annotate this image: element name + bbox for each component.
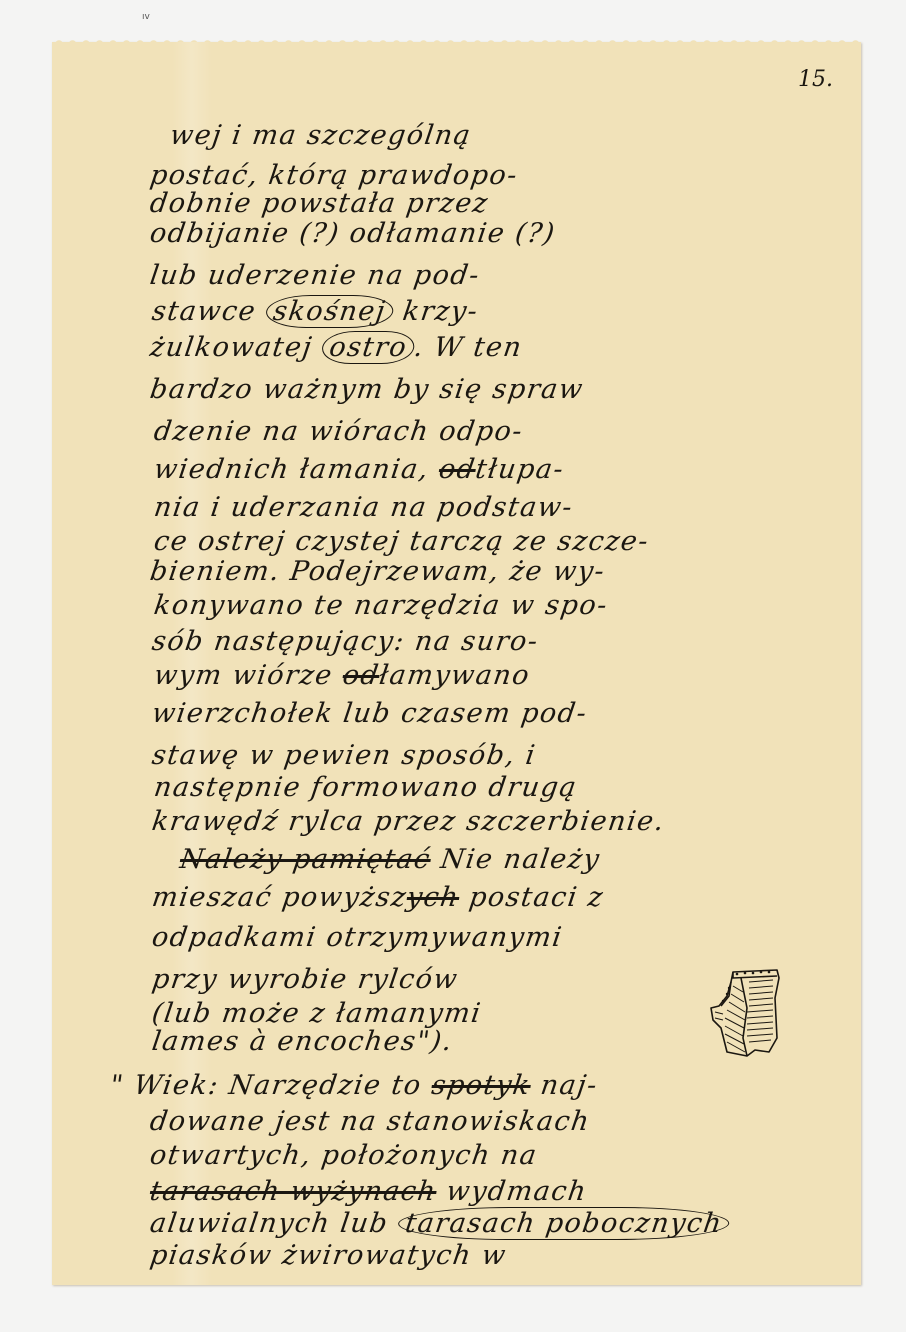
line-text: otwartych, położonych na xyxy=(148,1140,540,1171)
handwritten-line: lames à encoches"). xyxy=(150,1026,455,1057)
handwritten-line: piasków żwirowatych w xyxy=(148,1240,509,1271)
line-text: Nie należy xyxy=(429,844,603,875)
handwritten-line: Należy pamiętać Nie należy xyxy=(178,844,602,875)
handwritten-line: sób następujący: na suro- xyxy=(150,626,541,657)
struck-through-text: ych xyxy=(405,882,462,913)
line-text: odbijanie (?) odłamanie (?) xyxy=(148,218,558,249)
line-text: piasków żwirowatych w xyxy=(148,1240,509,1271)
line-text: ce ostrej czystej tarczą ze szcze- xyxy=(152,526,651,557)
struck-through-text: spotyk xyxy=(430,1070,533,1101)
handwritten-line: wej i ma szczególną xyxy=(168,120,473,151)
handwritten-line: żulkowatej ostro. W ten xyxy=(148,332,525,363)
handwritten-line: bardzo ważnym by się spraw xyxy=(148,374,586,405)
handwritten-line: lub uderzenie na pod- xyxy=(148,260,482,291)
line-text: następnie formowano drugą xyxy=(152,772,579,803)
circled-insertion: skośnej xyxy=(264,295,395,328)
handwritten-line: postać, którą prawdopo- xyxy=(148,160,520,191)
handwritten-line: nia i uderzania na podstaw- xyxy=(152,492,575,523)
handwritten-line: konywano te narzędzia w spo- xyxy=(152,590,610,621)
line-text: wej i ma szczególną xyxy=(168,120,473,151)
line-text: aluwialnych lub xyxy=(148,1208,401,1239)
circled-insertion: tarasach pobocznych xyxy=(396,1207,732,1240)
handwritten-line: dobnie powstała przez xyxy=(148,188,491,219)
line-text: dzenie na wiórach odpo- xyxy=(152,416,525,447)
line-text: odpadkami otrzymywanymi xyxy=(150,922,565,953)
page-number: 15. xyxy=(798,67,833,92)
handwritten-line: krawędź rylca przez szczerbienie. xyxy=(150,806,667,837)
handwritten-line: otwartych, położonych na xyxy=(148,1140,540,1171)
handwritten-line: stawce skośnej krzy- xyxy=(150,296,480,327)
line-text: lub uderzenie na pod- xyxy=(148,260,482,291)
line-text: krzy- xyxy=(391,296,481,327)
handwritten-line: aluwialnych lub tarasach pobocznych xyxy=(148,1208,732,1239)
line-text: dowane jest na stanowiskach xyxy=(148,1106,592,1137)
flint-tool-sketch-icon xyxy=(707,968,783,1060)
handwritten-line: dowane jest na stanowiskach xyxy=(148,1106,592,1137)
handwritten-line: ce ostrej czystej tarczą ze szcze- xyxy=(152,526,651,557)
handwritten-line: wiednich łamania, odtłupa- xyxy=(152,454,566,485)
handwritten-line: odbijanie (?) odłamanie (?) xyxy=(148,218,558,249)
handwritten-line: " Wiek: Narzędzie to spotyk naj- xyxy=(108,1070,600,1101)
line-text: łamywano xyxy=(377,660,532,691)
line-text: stawce xyxy=(150,296,268,327)
line-text: postać, którą prawdopo- xyxy=(148,160,520,191)
struck-through-text: Należy pamiętać xyxy=(178,844,433,875)
handwritten-line: przy wyrobie rylców xyxy=(150,964,460,995)
line-text: lames à encoches"). xyxy=(150,1026,455,1057)
manuscript-page: 15. wej i ma szczególnąpostać, którą pra… xyxy=(52,42,861,1285)
line-text: postaci z xyxy=(457,882,606,913)
line-text: wierzchołek lub czasem pod- xyxy=(150,698,589,729)
handwritten-line: stawę w pewien sposób, i xyxy=(150,740,538,771)
handwritten-line: wierzchołek lub czasem pod- xyxy=(150,698,589,729)
line-text: wiednich łamania, xyxy=(152,454,441,485)
handwritten-line: mieszać powyższych postaci z xyxy=(150,882,606,913)
line-text: bieniem. Podejrzewam, że wy- xyxy=(148,556,607,587)
line-text: krawędź rylca przez szczerbienie. xyxy=(150,806,667,837)
handwritten-line: następnie formowano drugą xyxy=(152,772,579,803)
line-text: stawę w pewien sposób, i xyxy=(150,740,538,771)
handwritten-line: bieniem. Podejrzewam, że wy- xyxy=(148,556,607,587)
circled-insertion: ostro xyxy=(320,331,416,364)
line-text: przy wyrobie rylców xyxy=(150,964,460,995)
line-text: nia i uderzania na podstaw- xyxy=(152,492,575,523)
struck-through-text: od xyxy=(437,454,478,485)
line-text: . W ten xyxy=(412,332,525,363)
line-text: wym wiórze xyxy=(152,660,345,691)
struck-through-text: od xyxy=(341,660,382,691)
handwritten-line: (lub może z łamanymi xyxy=(150,998,484,1029)
line-text: dobnie powstała przez xyxy=(148,188,491,219)
struck-through-text: tarasach wyżynach xyxy=(148,1176,439,1207)
handwritten-line: dzenie na wiórach odpo- xyxy=(152,416,525,447)
line-text: naj- xyxy=(529,1070,600,1101)
line-text: mieszać powyższ xyxy=(150,882,409,913)
handwritten-line: odpadkami otrzymywanymi xyxy=(150,922,565,953)
handwritten-line: wym wiórze odłamywano xyxy=(152,660,532,691)
line-text: konywano te narzędzia w spo- xyxy=(152,590,610,621)
handwritten-line: tarasach wyżynach wydmach xyxy=(148,1176,589,1207)
line-text: wydmach xyxy=(434,1176,589,1207)
line-text: tłupa- xyxy=(474,454,567,485)
line-text: żulkowatej xyxy=(148,332,325,363)
line-text: " Wiek: Narzędzie to xyxy=(108,1070,434,1101)
line-text: sób następujący: na suro- xyxy=(150,626,541,657)
line-text: (lub może z łamanymi xyxy=(150,998,484,1029)
line-text: bardzo ważnym by się spraw xyxy=(148,374,586,405)
scan-mark: ıv xyxy=(142,12,150,22)
